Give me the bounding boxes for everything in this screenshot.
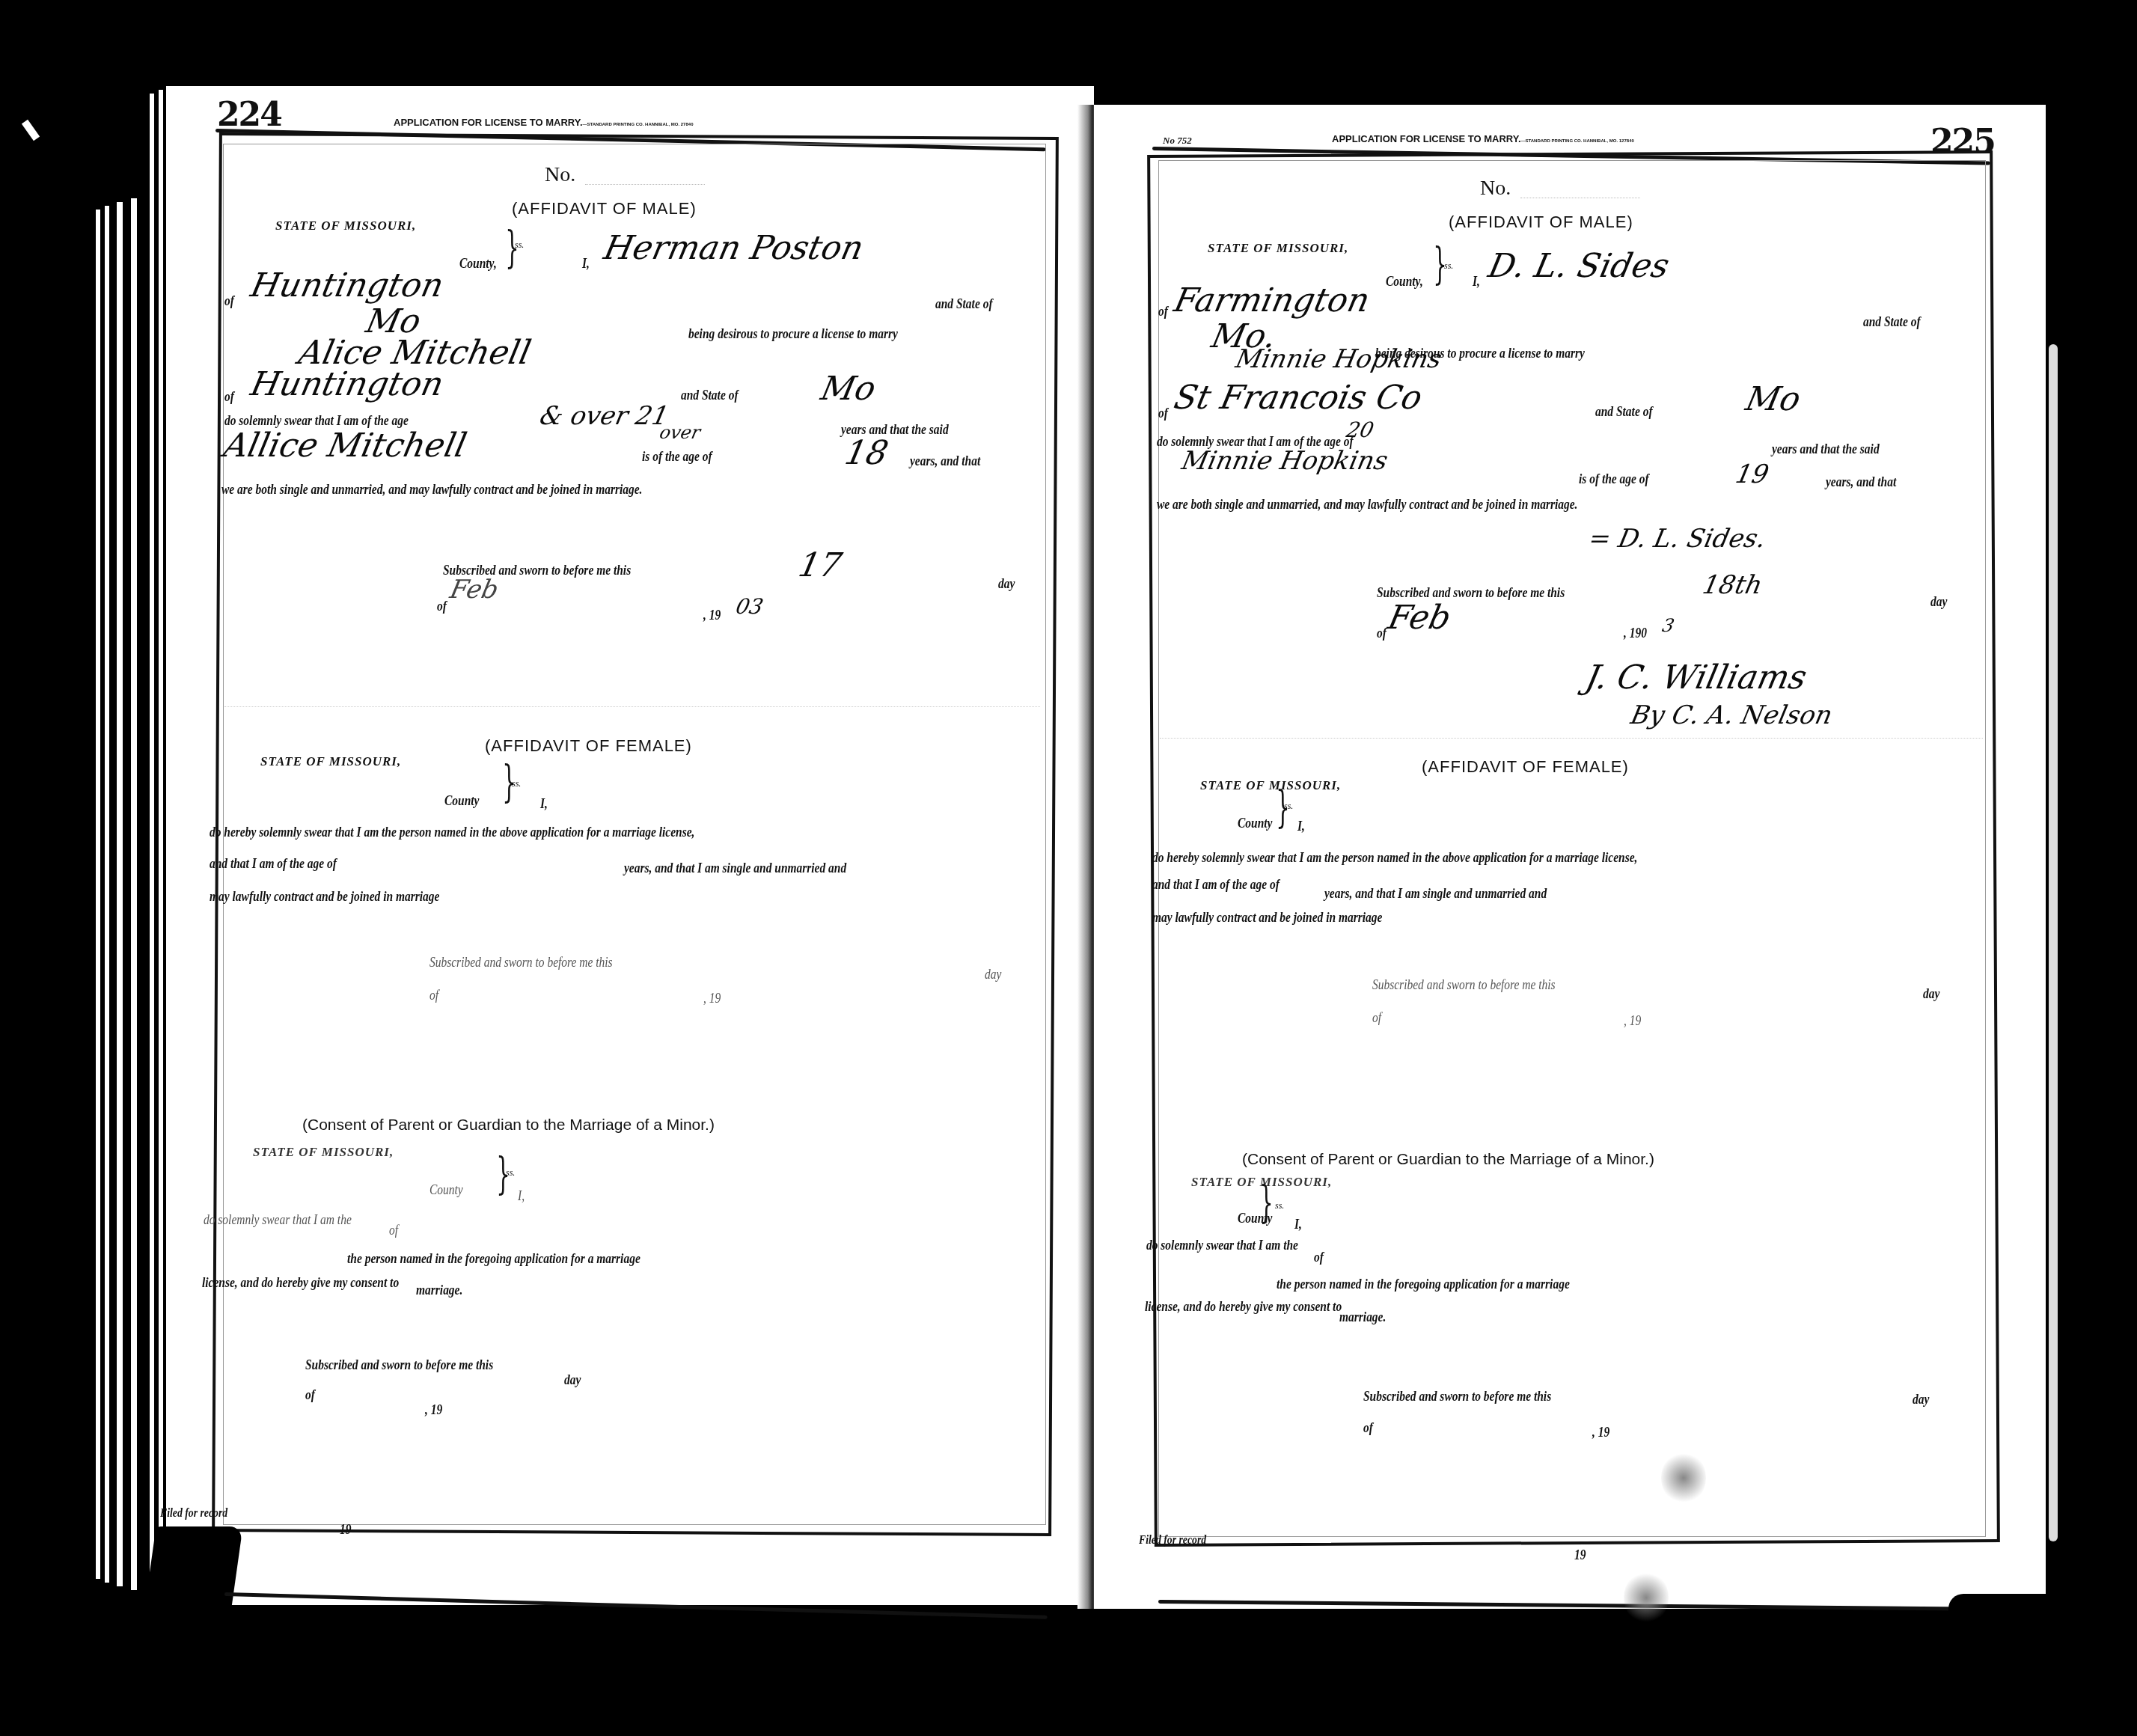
filed-year-prefix: 19: [340, 1522, 351, 1538]
of-label: of: [305, 1387, 315, 1403]
unmarried-text: we are both single and unmarried, and ma…: [1157, 497, 1577, 513]
ss-label: ss.: [1284, 801, 1293, 812]
scanner-fleck: [22, 120, 40, 141]
consent-line-3a: license, and do hereby give my consent t…: [1145, 1299, 1342, 1315]
section-divider: [1160, 738, 1983, 739]
is-age-text: is of the age of: [642, 449, 712, 465]
consent-line-1a: do solemnly swear that I am the: [204, 1212, 352, 1228]
of-label: of: [1158, 406, 1168, 421]
bride-age: 18: [842, 434, 892, 472]
bride-residence: St Francois Co: [1171, 379, 1426, 417]
bride-residence: Huntington: [248, 365, 447, 403]
year-prefix: , 190: [1624, 626, 1647, 641]
page-stack-edge: [2049, 344, 2058, 1541]
year-prefix: , 19: [703, 608, 721, 623]
subscribed-text: Subscribed and sworn to before me this: [429, 955, 613, 971]
oath-line-1: do hereby solemnly swear that I am the p…: [210, 825, 694, 840]
applicant-residence: Huntington: [248, 266, 447, 305]
and-state-of-label: and State of: [1863, 314, 1921, 330]
applicant-residence: Farmington: [1171, 281, 1373, 320]
of-label: of: [1372, 1010, 1381, 1026]
applicant-name: Herman Poston: [601, 229, 867, 267]
form-number-label: No.: [1480, 177, 1511, 201]
consent-line-2: the person named in the foregoing applic…: [347, 1251, 641, 1267]
oath-line-2b: years, and that I am single and unmarrie…: [1324, 886, 1547, 902]
female-affidavit-heading: (AFFIDAVIT OF FEMALE): [1422, 757, 1629, 777]
running-header-title: APPLICATION FOR LICENSE TO MARRY.: [1332, 133, 1521, 144]
bride-name-repeat: Minnie Hopkins: [1179, 446, 1391, 476]
of-label: of: [429, 988, 438, 1003]
ss-label: ss.: [506, 1167, 515, 1179]
of-label: of: [437, 599, 447, 614]
form-number: No 752: [1163, 135, 1192, 147]
i-label: I,: [1473, 274, 1480, 290]
ink-smudge: [1624, 1571, 1669, 1624]
bride-name-repeat: Allice Mitchell: [221, 427, 470, 465]
oath-line-2a: and that I am of the age of: [1152, 877, 1280, 893]
day-label: day: [985, 967, 1001, 982]
running-header-left: APPLICATION FOR LICENSE TO MARRY.—STANDA…: [394, 117, 693, 128]
i-label: I,: [1294, 1217, 1302, 1232]
year-prefix: , 19: [703, 991, 721, 1006]
years-and-that: years, and that: [1826, 474, 1896, 490]
running-header-right: APPLICATION FOR LICENSE TO MARRY.—STANDA…: [1332, 133, 1634, 144]
desirous-text: being desirous to procure a license to m…: [688, 326, 898, 342]
year-prefix: , 19: [425, 1402, 442, 1418]
county-label: County,: [1386, 274, 1423, 290]
page-stack-edge: [117, 202, 123, 1586]
and-state-of-label: and State of: [681, 388, 739, 403]
applicant-age: & over 21: [537, 401, 672, 431]
ss-label: ss.: [1275, 1200, 1284, 1211]
of-label: of: [224, 293, 234, 309]
state-label: STATE OF MISSOURI,: [253, 1145, 394, 1160]
state-label: STATE OF MISSOURI,: [275, 218, 416, 233]
filed-year-prefix: 19: [1574, 1547, 1586, 1563]
county-label: County: [1238, 1211, 1272, 1226]
printer-imprint: —STANDARD PRINTING CO. HANNIBAL, MO. 278…: [583, 123, 694, 127]
years-said-text: years and that the said: [1772, 441, 1880, 457]
county-label: County: [429, 1182, 463, 1198]
oath-line-2a: and that I am of the age of: [210, 856, 337, 872]
state-label: STATE OF MISSOURI,: [1208, 241, 1348, 256]
section-divider: [224, 706, 1040, 707]
oath-line-1: do hereby solemnly swear that I am the p…: [1152, 850, 1637, 866]
and-state-of-label: and State of: [935, 296, 993, 312]
bride-name: Minnie Hopkins: [1233, 344, 1445, 374]
consent-line-1a: do solemnly swear that I am the: [1146, 1238, 1298, 1253]
and-state-of-label: and State of: [1595, 404, 1653, 420]
i-label: I,: [1297, 819, 1305, 834]
day-label: day: [1923, 986, 1939, 1002]
running-header-title: APPLICATION FOR LICENSE TO MARRY.: [394, 117, 583, 128]
consent-heading: (Consent of Parent or Guardian to the Ma…: [302, 1116, 715, 1134]
unmarried-text: we are both single and unmarried, and ma…: [221, 482, 642, 498]
years-and-that: years, and that: [910, 453, 980, 469]
i-label: I,: [518, 1188, 525, 1204]
page-stack-edge: [131, 198, 137, 1590]
county-label: County,: [459, 256, 497, 272]
ss-label: ss.: [1444, 260, 1453, 272]
ss-label: ss.: [515, 239, 524, 251]
form-number-line: [585, 184, 705, 185]
consent-line-2: the person named in the foregoing applic…: [1277, 1277, 1570, 1292]
day-label: day: [998, 576, 1015, 592]
i-label: I,: [540, 796, 548, 812]
sworn-month: Feb: [1385, 599, 1455, 637]
filed-for-record-label: Filed for record: [160, 1507, 227, 1520]
consent-line-1b: of: [389, 1223, 398, 1238]
consent-line-3b: marriage.: [416, 1283, 462, 1298]
bride-state: Mo: [818, 370, 879, 408]
oath-line-2b: years, and that I am single and unmarrie…: [624, 861, 846, 876]
consent-line-3b: marriage.: [1339, 1309, 1386, 1325]
ink-smudge: [1661, 1452, 1706, 1504]
sworn-year: 03: [733, 594, 765, 619]
male-affidavit-heading: (AFFIDAVIT OF MALE): [1449, 213, 1633, 232]
is-age-text: is of the age of: [1579, 471, 1649, 487]
filed-for-record-label: Filed for record: [1139, 1534, 1206, 1547]
form-number-label: No.: [545, 163, 575, 187]
i-label: I,: [582, 256, 590, 272]
page-stack-edge: [96, 210, 100, 1579]
official-signature: J. C. Williams: [1583, 658, 1810, 697]
day-label: day: [1930, 594, 1947, 610]
state-label: STATE OF MISSOURI,: [260, 754, 401, 769]
oath-line-3: may lawfully contract and be joined in m…: [1152, 910, 1382, 926]
year-prefix: , 19: [1624, 1013, 1641, 1029]
oath-line-3: may lawfully contract and be joined in m…: [210, 889, 439, 905]
of-label: of: [1158, 304, 1168, 320]
sworn-day: 18th: [1700, 570, 1765, 600]
sworn-day: 17: [795, 546, 846, 584]
of-label: of: [1363, 1420, 1373, 1436]
applicant-age: 20: [1344, 418, 1376, 442]
consent-line-1b: of: [1314, 1250, 1324, 1265]
county-label: County: [444, 793, 479, 809]
female-affidavit-heading: (AFFIDAVIT OF FEMALE): [485, 736, 692, 756]
subscribed-text: Subscribed and sworn to before me this: [1372, 977, 1556, 993]
subscribed-text: Subscribed and sworn to before me this: [1363, 1389, 1551, 1405]
bride-age: 19: [1733, 459, 1772, 489]
consent-line-3a: license, and do hereby give my consent t…: [202, 1275, 399, 1291]
ss-label: ss.: [512, 778, 521, 789]
male-affidavit-heading: (AFFIDAVIT OF MALE): [512, 199, 697, 218]
page-stack-edge: [159, 90, 163, 1594]
bride-state: Mo: [1743, 380, 1804, 418]
day-label: day: [1913, 1392, 1929, 1408]
applicant-name: D. L. Sides: [1485, 247, 1673, 285]
sworn-month: Feb: [447, 575, 501, 605]
deputy-signature: By C. A. Nelson: [1628, 700, 1835, 730]
county-label: County: [1238, 816, 1272, 831]
form-number-line: [1520, 198, 1640, 198]
applicant-signature: = D. L. Sides.: [1586, 524, 1769, 554]
printer-imprint: —STANDARD PRINTING CO. HANNIBAL, MO. 127…: [1521, 139, 1634, 144]
page-stack-edge: [105, 206, 109, 1583]
year-prefix: , 19: [1592, 1425, 1609, 1440]
consent-heading: (Consent of Parent or Guardian to the Ma…: [1242, 1151, 1654, 1169]
day-label: day: [564, 1372, 581, 1388]
of-label: of: [224, 389, 234, 405]
page-corner-shadow: [1948, 1594, 2137, 1736]
page-stack-edge: [150, 94, 154, 1590]
subscribed-text: Subscribed and sworn to before me this: [305, 1357, 493, 1373]
bride-age-correction: over: [658, 422, 703, 443]
state-label: STATE OF MISSOURI,: [1200, 778, 1341, 793]
